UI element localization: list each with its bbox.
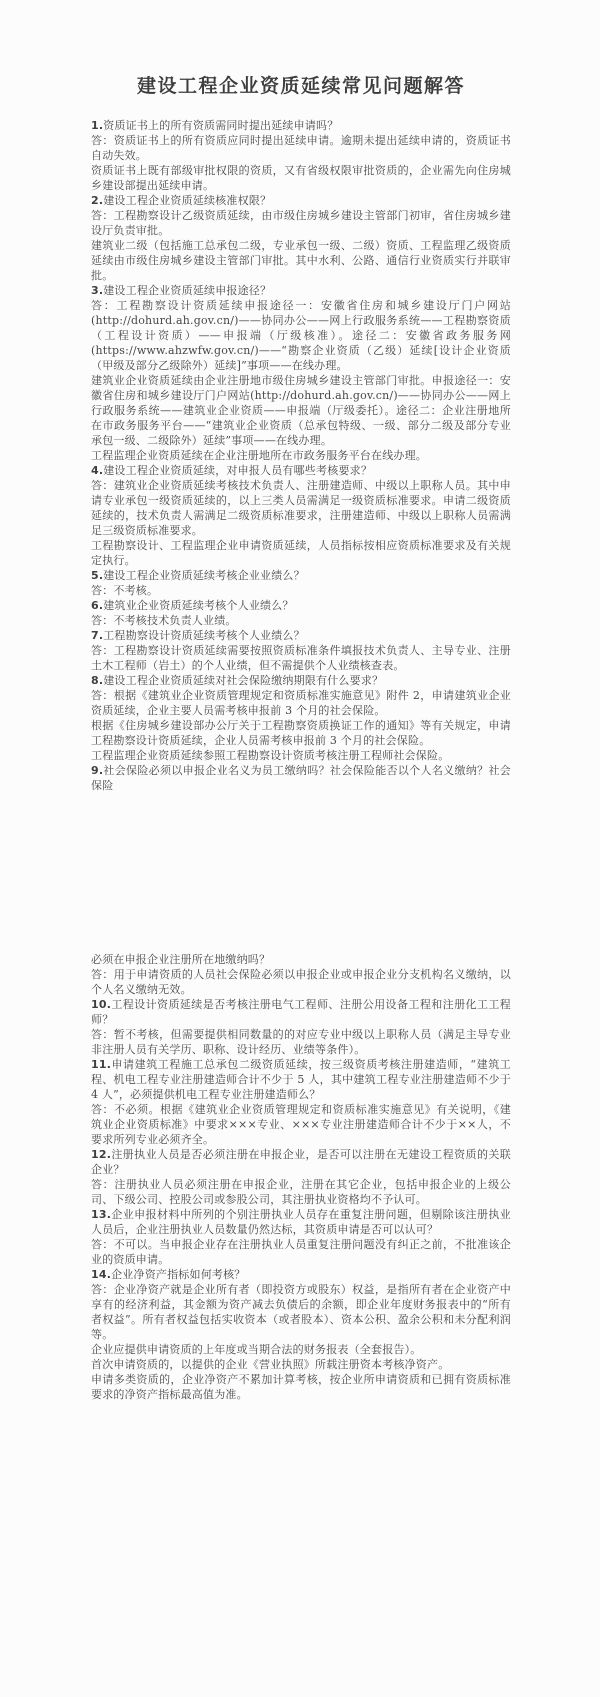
paragraph: 必须在申报企业注册所在地缴纳吗？	[91, 952, 511, 967]
question-number: 3.	[91, 284, 103, 297]
paragraph: 根据《住房城乡建设部办公厅关于工程勘察资质换证工作的通知》等有关规定，申请工程勘…	[91, 718, 511, 748]
paragraph-text: 建设工程企业资质延续申报途径？	[103, 284, 271, 297]
paragraph: 工程监理企业资质延续参照工程勘察设计资质考核注册工程师社会保险。	[91, 748, 511, 763]
paragraph-text: 答：不必须。根据《建筑业企业资质管理规定和资质标准实施意见》有关说明，《建筑业企…	[91, 1103, 511, 1146]
paragraph: 答：不考核技术负责人业绩。	[91, 613, 511, 628]
paragraph-text: 答：建筑业企业资质延续考核技术负责人、注册建造师、中级以上职称人员。其中申请专业…	[91, 479, 511, 537]
paragraph-text: 答：企业净资产就是企业所有者（即投资方或股东）权益，是指所有者在企业资产中享有的…	[91, 1283, 511, 1341]
paragraph-text: 首次申请资质的，以提供的企业《营业执照》所载注册资本考核净资产。	[91, 1358, 449, 1371]
page-break-gap	[91, 793, 511, 952]
paragraph-text: 资质证书上既有部级审批权限的资质，又有省级权限审批资质的，企业需先向住房城乡建设…	[91, 164, 511, 192]
question-number: 6.	[91, 599, 103, 612]
question-number: 8.	[91, 674, 103, 687]
question-number: 12.	[91, 1148, 111, 1161]
paragraph-text: 答：不考核。	[91, 584, 158, 597]
paragraph-text: 资质证书上的所有资质需同时提出延续申请吗？	[103, 119, 338, 132]
paragraph-text: 建筑业企业资质延续由企业注册地市级住房城乡建设主管部门审批。申报途径一：安徽省住…	[91, 374, 511, 447]
paragraph: 答：暂不考核，但需要提供相同数量的的对应专业中级以上职称人员（满足主导专业非注册…	[91, 1027, 511, 1057]
paragraph: 工程监理企业资质延续在企业注册地所在市政务服务平台在线办理。	[91, 448, 511, 463]
question-number: 7.	[91, 629, 103, 642]
paragraph-text: 申请建筑工程施工总承包二级资质延续，按三级资质考核注册建造师，“建筑工程、机电工…	[91, 1058, 511, 1101]
paragraph: 企业应提供申请资质的上年度或当期合法的财务报表（全套报告）。	[91, 1342, 511, 1357]
paragraph: 10.工程设计资质延续是否考核注册电气工程师、注册公用设备工程和注册化工工程师？	[91, 997, 511, 1027]
paragraph-text: 建筑业二级（包括施工总承包二级，专业承包一级、二级）资质、工程监理乙级资质延续由…	[91, 239, 511, 282]
question-number: 13.	[91, 1208, 111, 1221]
paragraph: 资质证书上既有部级审批权限的资质，又有省级权限审批资质的，企业需先向住房城乡建设…	[91, 163, 511, 193]
paragraph-text: 答：不可以。当申报企业存在注册执业人员重复注册问题没有纠正之前，不批准该企业的资…	[91, 1238, 511, 1266]
paragraph: 答：用于申请资质的人员社会保险必须以申报企业或申报企业分支机构名义缴纳，以个人名…	[91, 967, 511, 997]
paragraph: 答：不可以。当申报企业存在注册执业人员重复注册问题没有纠正之前，不批准该企业的资…	[91, 1237, 511, 1267]
question-number: 11.	[91, 1058, 111, 1071]
paragraph-text: 答：暂不考核，但需要提供相同数量的的对应专业中级以上职称人员（满足主导专业非注册…	[91, 1028, 511, 1056]
paragraph: 3.建设工程企业资质延续申报途径？	[91, 283, 511, 298]
question-number: 9.	[91, 764, 103, 777]
paragraph: 14.企业净资产指标如何考核？	[91, 1267, 511, 1282]
paragraph-text: 企业应提供申请资质的上年度或当期合法的财务报表（全套报告）。	[91, 1343, 422, 1356]
paragraph-text: 根据《住房城乡建设部办公厅关于工程勘察资质换证工作的通知》等有关规定，申请工程勘…	[91, 719, 511, 747]
paragraph-text: 社会保险必须以申报企业名义为员工缴纳吗？社会保险能否以个人名义缴纳？社会保险	[91, 764, 511, 792]
paragraph: 1.资质证书上的所有资质需同时提出延续申请吗？	[91, 118, 511, 133]
paragraph-text: 答：资质证书上的所有资质应同时提出延续申请。逾期未提出延续申请的，资质证书自动失…	[91, 134, 511, 162]
paragraph-text: 企业净资产指标如何考核？	[111, 1268, 245, 1281]
paragraph: 6.建筑业企业资质延续考核个人业绩么？	[91, 598, 511, 613]
question-number: 2.	[91, 194, 103, 207]
paragraph-text: 答：用于申请资质的人员社会保险必须以申报企业或申报企业分支机构名义缴纳，以个人名…	[91, 968, 511, 996]
paragraph-text: 注册执业人员是否必须注册在申报企业，是否可以注册在无建设工程资质的关联企业？	[91, 1148, 511, 1176]
paragraph: 5.建设工程企业资质延续考核企业业绩么？	[91, 568, 511, 583]
question-number: 4.	[91, 464, 103, 477]
paragraph: 答：注册执业人员必须注册在申报企业，注册在其它企业，包括申报企业的上级公司、下级…	[91, 1177, 511, 1207]
paragraph: 12.注册执业人员是否必须注册在申报企业，是否可以注册在无建设工程资质的关联企业…	[91, 1147, 511, 1177]
paragraph-text: 答：工程勘察设计资质延续申报途径一：安徽省住房和城乡建设厅门户网站(http:/…	[91, 299, 511, 372]
paragraph-text: 建设工程企业资质延续核准权限？	[103, 194, 271, 207]
question-number: 5.	[91, 569, 103, 582]
paragraph-text: 工程监理企业资质延续在企业注册地所在市政务服务平台在线办理。	[91, 449, 427, 462]
paragraph: 答：不必须。根据《建筑业企业资质管理规定和资质标准实施意见》有关说明，《建筑业企…	[91, 1102, 511, 1147]
paragraph-text: 工程监理企业资质延续参照工程勘察设计资质考核注册工程师社会保险。	[91, 749, 449, 762]
paragraph: 建筑业企业资质延续由企业注册地市级住房城乡建设主管部门审批。申报途径一：安徽省住…	[91, 373, 511, 448]
paragraph-text: 答：注册执业人员必须注册在申报企业，注册在其它企业，包括申报企业的上级公司、下级…	[91, 1178, 511, 1206]
paragraph-text: 建设工程企业资质延续对社会保险缴纳期限有什么要求？	[103, 674, 383, 687]
paragraph-text: 建设工程企业资质延续，对申报人员有哪些考核要求？	[103, 464, 372, 477]
paragraph-text: 工程勘察设计资质延续考核个人业绩么？	[103, 629, 305, 642]
paragraph: 8.建设工程企业资质延续对社会保险缴纳期限有什么要求？	[91, 673, 511, 688]
paragraph: 13.企业申报材料中所列的个别注册执业人员存在重复注册问题，但剔除该注册执业人员…	[91, 1207, 511, 1237]
paragraph: 9.社会保险必须以申报企业名义为员工缴纳吗？社会保险能否以个人名义缴纳？社会保险	[91, 763, 511, 793]
paragraph: 4.建设工程企业资质延续，对申报人员有哪些考核要求？	[91, 463, 511, 478]
paragraph: 2.建设工程企业资质延续核准权限？	[91, 193, 511, 208]
paragraph-text: 申请多类资质的，企业净资产不累加计算考核，按企业所申请资质和已拥有资质标准要求的…	[91, 1373, 511, 1401]
document-page: 建设工程企业资质延续常见问题解答 1.资质证书上的所有资质需同时提出延续申请吗？…	[91, 0, 511, 1402]
paragraph: 答：不考核。	[91, 583, 511, 598]
paragraph: 答：资质证书上的所有资质应同时提出延续申请。逾期未提出延续申请的，资质证书自动失…	[91, 133, 511, 163]
faq-section-page1: 1.资质证书上的所有资质需同时提出延续申请吗？ 答：资质证书上的所有资质应同时提…	[91, 118, 511, 793]
paragraph: 申请多类资质的，企业净资产不累加计算考核，按企业所申请资质和已拥有资质标准要求的…	[91, 1372, 511, 1402]
paragraph: 答：工程勘察设计乙级资质延续，由市级住房城乡建设主管部门初审，省住房城乡建设厅负…	[91, 208, 511, 238]
paragraph-text: 工程勘察设计、工程监理企业申请资质延续，人员指标按相应资质标准要求及有关规定执行…	[91, 539, 511, 567]
paragraph: 答：企业净资产就是企业所有者（即投资方或股东）权益，是指所有者在企业资产中享有的…	[91, 1282, 511, 1342]
paragraph-text: 答：不考核技术负责人业绩。	[91, 614, 237, 627]
paragraph-text: 答：工程勘察设计乙级资质延续，由市级住房城乡建设主管部门初审，省住房城乡建设厅负…	[91, 209, 511, 237]
paragraph: 工程勘察设计、工程监理企业申请资质延续，人员指标按相应资质标准要求及有关规定执行…	[91, 538, 511, 568]
paragraph: 答：工程勘察设计资质延续需要按照资质标准条件填报技术负责人、主导专业、注册土木工…	[91, 643, 511, 673]
paragraph: 首次申请资质的，以提供的企业《营业执照》所载注册资本考核净资产。	[91, 1357, 511, 1372]
paragraph: 答：根据《建筑业企业资质管理规定和资质标准实施意见》附件 2，申请建筑业企业资质…	[91, 688, 511, 718]
paragraph: 建筑业二级（包括施工总承包二级，专业承包一级、二级）资质、工程监理乙级资质延续由…	[91, 238, 511, 283]
paragraph-text: 建设工程企业资质延续考核企业业绩么？	[103, 569, 305, 582]
paragraph-text: 企业申报材料中所列的个别注册执业人员存在重复注册问题，但剔除该注册执业人员后，企…	[91, 1208, 511, 1236]
paragraph: 答：建筑业企业资质延续考核技术负责人、注册建造师、中级以上职称人员。其中申请专业…	[91, 478, 511, 538]
paragraph-text: 建筑业企业资质延续考核个人业绩么？	[103, 599, 293, 612]
question-number: 1.	[91, 119, 103, 132]
faq-section-page2: 必须在申报企业注册所在地缴纳吗？ 答：用于申请资质的人员社会保险必须以申报企业或…	[91, 952, 511, 1402]
paragraph: 7.工程勘察设计资质延续考核个人业绩么？	[91, 628, 511, 643]
page-title: 建设工程企业资质延续常见问题解答	[91, 0, 511, 98]
paragraph-text: 答：根据《建筑业企业资质管理规定和资质标准实施意见》附件 2，申请建筑业企业资质…	[91, 689, 511, 717]
paragraph-text: 工程设计资质延续是否考核注册电气工程师、注册公用设备工程和注册化工工程师？	[91, 998, 511, 1026]
paragraph-text: 答：工程勘察设计资质延续需要按照资质标准条件填报技术负责人、主导专业、注册土木工…	[91, 644, 511, 672]
paragraph: 答：工程勘察设计资质延续申报途径一：安徽省住房和城乡建设厅门户网站(http:/…	[91, 298, 511, 373]
question-number: 14.	[91, 1268, 111, 1281]
question-number: 10.	[91, 998, 111, 1011]
paragraph-text: 必须在申报企业注册所在地缴纳吗？	[91, 953, 270, 966]
paragraph: 11.申请建筑工程施工总承包二级资质延续，按三级资质考核注册建造师，“建筑工程、…	[91, 1057, 511, 1102]
